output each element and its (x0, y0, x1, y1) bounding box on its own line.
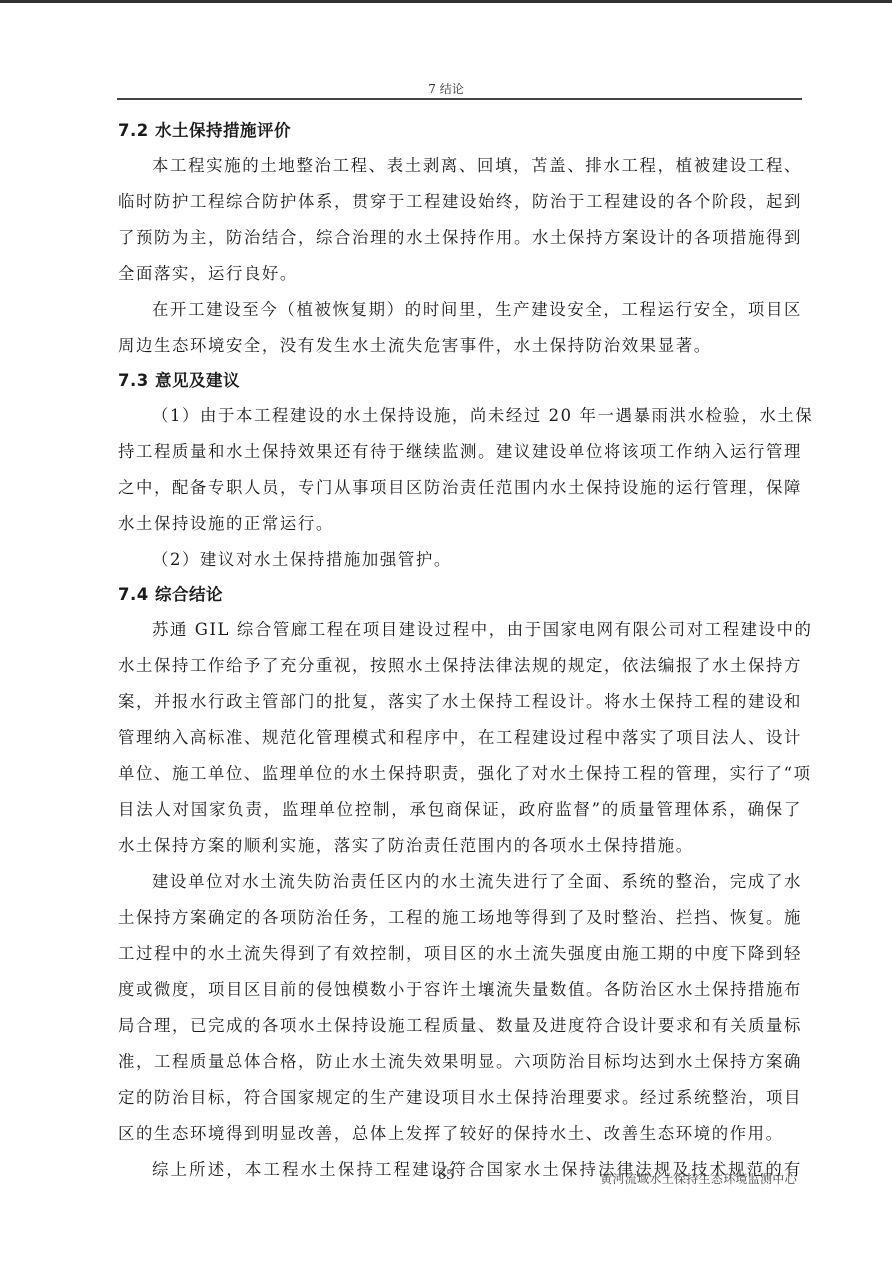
paragraph-line: 临时防护工程综合防护体系，贯穿于工程建设始终，防治于工程建设的各个阶段，起到 (118, 187, 802, 223)
paragraph-line: 建设单位对水土流失防治责任区内的水土流失进行了全面、系统的整治，完成了水 (118, 867, 802, 903)
paragraph-line: 单位、施工单位、监理单位的水土保持职责，强化了对水土保持工程的管理，实行了“项 (118, 759, 802, 795)
paragraph-line: 苏通 GIL 综合管廊工程在项目建设过程中，由于国家电网有限公司对工程建设中的 (118, 615, 802, 651)
paragraph-line: 准，工程质量总体合格，防止水土流失效果明显。六项防治目标均达到水土保持方案确 (118, 1047, 802, 1083)
paragraph-line: 水土保持工作给予了充分重视，按照水土保持法律法规的规定，依法编报了水土保持方 (118, 651, 802, 687)
paragraph-line: 了预防为主，防治结合，综合治理的水土保持作用。水土保持方案设计的各项措施得到 (118, 223, 802, 259)
paragraph-line: （2）建议对水土保持措施加强管护。 (118, 545, 802, 581)
paragraph-line: 管理纳入高标准、规范化管理模式和程序中，在工程建设过程中落实了项目法人、设计 (118, 723, 802, 759)
paragraph-line: 局合理，已完成的各项水土保持设施工程质量、数量及进度符合设计要求和有关质量标 (118, 1011, 802, 1047)
page-top-border (0, 0, 892, 3)
paragraph-line: 工过程中的水土流失得到了有效控制，项目区的水土流失强度由施工期的中度下降到轻 (118, 939, 802, 975)
header-rule (117, 98, 802, 100)
page-body: 7.2 水土保持措施评价 本工程实施的土地整治工程、表土剥离、回填，苫盖、排水工… (118, 117, 802, 1191)
paragraph-line: 全面落实，运行良好。 (118, 259, 802, 295)
section-heading-7-4: 7.4 综合结论 (118, 581, 802, 615)
running-header: 7 结论 (0, 80, 892, 97)
paragraph-line: 在开工建设至今（植被恢复期）的时间里，生产建设安全，工程运行安全，项目区 (118, 295, 802, 331)
paragraph-line: 周边生态环境安全，没有发生水土流失危害事件，水土保持防治效果显著。 (118, 331, 802, 367)
section-heading-7-2: 7.2 水土保持措施评价 (118, 117, 802, 151)
paragraph-line: 度或微度，项目区目前的侵蚀模数小于容许土壤流失量数值。各防治区水土保持措施布 (118, 975, 802, 1011)
paragraph-line: 持工程质量和水土保持效果还有待于继续监测。建议建设单位将该项工作纳入运行管理 (118, 437, 802, 473)
paragraph-line: （1）由于本工程建设的水土保持设施，尚未经过 20 年一遇暴雨洪水检验，水土保 (118, 401, 802, 437)
paragraph-line: 本工程实施的土地整治工程、表土剥离、回填，苫盖、排水工程，植被建设工程、 (118, 151, 802, 187)
paragraph-line: 水土保持设施的正常运行。 (118, 509, 802, 545)
paragraph-line: 目法人对国家负责，监理单位控制，承包商保证，政府监督”的质量管理体系，确保了 (118, 795, 802, 831)
paragraph-line: 之中，配备专职人员，专门从事项目区防治责任范围内水土保持设施的运行管理，保障 (118, 473, 802, 509)
paragraph-line: 区的生态环境得到明显改善，总体上发挥了较好的保持水土、改善生态环境的作用。 (118, 1119, 802, 1155)
footer-organization: 黄河流域水土保持生态环境监测中心 (600, 1170, 797, 1187)
section-heading-7-3: 7.3 意见及建议 (118, 367, 802, 401)
paragraph-line: 定的防治目标，符合国家规定的生产建设项目水土保持治理要求。经过系统整治，项目 (118, 1083, 802, 1119)
paragraph-line: 水土保持方案的顺利实施，落实了防治责任范围内的各项水土保持措施。 (118, 831, 802, 867)
paragraph-line: 土保持方案确定的各项防治任务，工程的施工场地等得到了及时整治、拦挡、恢复。施 (118, 903, 802, 939)
paragraph-line: 案，并报水行政主管部门的批复，落实了水土保持工程设计。将水土保持工程的建设和 (118, 687, 802, 723)
